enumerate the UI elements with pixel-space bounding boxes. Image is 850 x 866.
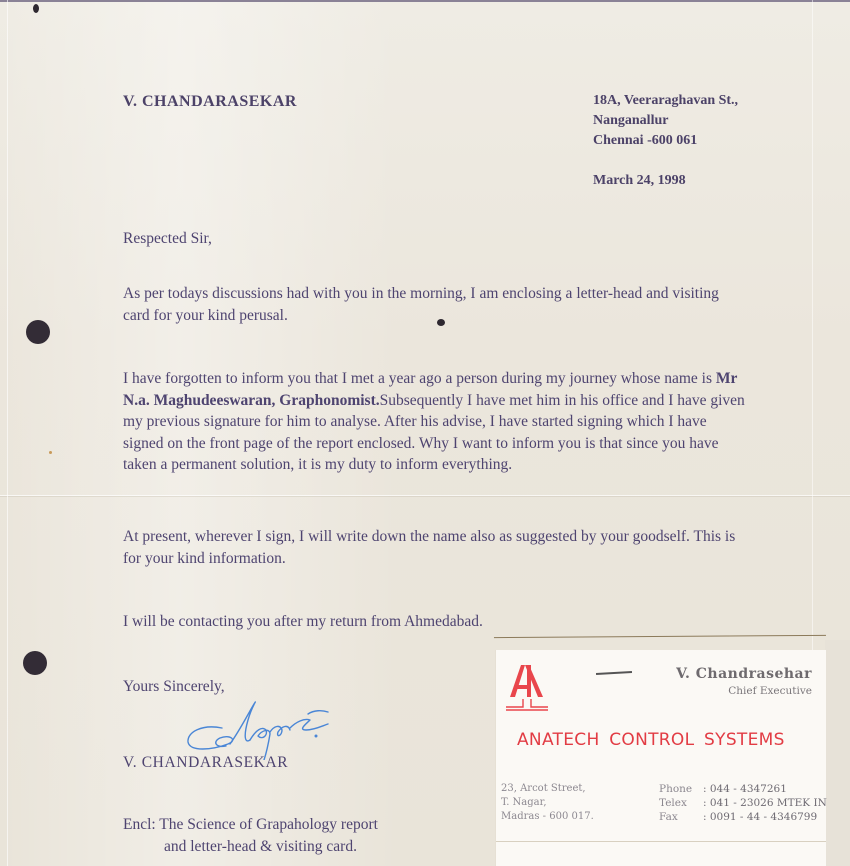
paragraph-graphonomist: I have forgotten to inform you that I me… bbox=[123, 368, 748, 476]
contact-value: : 0091 - 44 - 4346799 bbox=[703, 811, 817, 823]
sender-name-heading: V. CHANDARASEKAR bbox=[123, 93, 297, 111]
sender-address: 18A, Veeraraghavan St., Nanganallur Chen… bbox=[593, 91, 738, 191]
contact-row-telex: Telex: 041 - 23026 MTEK IN bbox=[659, 796, 827, 810]
enclosure-line: Encl: The Science of Grapahology report bbox=[123, 816, 378, 833]
punch-hole-icon bbox=[23, 651, 47, 675]
contact-row-phone: Phone: 044 - 4347261 bbox=[659, 782, 827, 796]
card-contacts: Phone: 044 - 4347261 Telex: 041 - 23026 … bbox=[659, 782, 827, 824]
contact-label: Phone bbox=[659, 782, 703, 796]
company-name: ANATECH CONTROL SYSTEMS bbox=[517, 730, 785, 750]
scan-top-edge bbox=[0, 0, 850, 2]
address-line: Chennai -600 061 bbox=[593, 131, 738, 151]
letter-date: March 24, 1998 bbox=[593, 171, 738, 191]
card-bottom-edge bbox=[496, 841, 826, 842]
address-line: 18A, Veeraraghavan St., bbox=[593, 91, 738, 111]
punch-hole-icon bbox=[26, 320, 50, 344]
scanned-letter-page: V. CHANDARASEKAR 18A, Veeraraghavan St.,… bbox=[0, 0, 850, 866]
contact-value: : 041 - 23026 MTEK IN bbox=[703, 797, 827, 809]
paragraph-text: I have forgotten to inform you that I me… bbox=[123, 370, 716, 387]
ink-speck bbox=[33, 4, 39, 13]
card-holder-title: Chief Executive bbox=[728, 685, 812, 697]
contact-value: : 044 - 4347261 bbox=[703, 783, 787, 795]
contact-label: Fax bbox=[659, 810, 703, 824]
contact-label: Telex bbox=[659, 796, 703, 810]
card-address-line: Madras - 600 017. bbox=[501, 810, 594, 824]
card-address-line: 23, Arcot Street, bbox=[501, 782, 594, 796]
salutation: Respected Sir, bbox=[123, 228, 763, 250]
card-address-line: T. Nagar, bbox=[501, 796, 594, 810]
business-card: V. Chandrasehar Chief Executive ANATECH … bbox=[495, 650, 826, 866]
contact-row-fax: Fax: 0091 - 44 - 4346799 bbox=[659, 810, 827, 824]
anatech-logo-icon bbox=[503, 663, 551, 713]
card-address: 23, Arcot Street, T. Nagar, Madras - 600… bbox=[501, 782, 594, 824]
paragraph-contacting: I will be contacting you after my return… bbox=[123, 611, 763, 633]
stain-speck bbox=[49, 451, 52, 454]
paragraph-enclosing: As per todays discussions had with you i… bbox=[123, 283, 733, 326]
card-holder-name: V. Chandrasehar bbox=[676, 666, 812, 682]
background-paper-edge bbox=[825, 640, 850, 866]
paragraph-signing: At present, wherever I sign, I will writ… bbox=[123, 526, 753, 569]
signed-name: V. CHANDARASEKAR bbox=[123, 754, 288, 772]
staple-mark bbox=[596, 671, 632, 675]
paper-fold-vertical bbox=[7, 0, 8, 866]
card-edge-shadow bbox=[494, 635, 826, 646]
handwritten-signature-icon bbox=[182, 700, 332, 760]
address-line: Nanganallur bbox=[593, 111, 738, 131]
paper-fold-horizontal bbox=[0, 495, 850, 496]
